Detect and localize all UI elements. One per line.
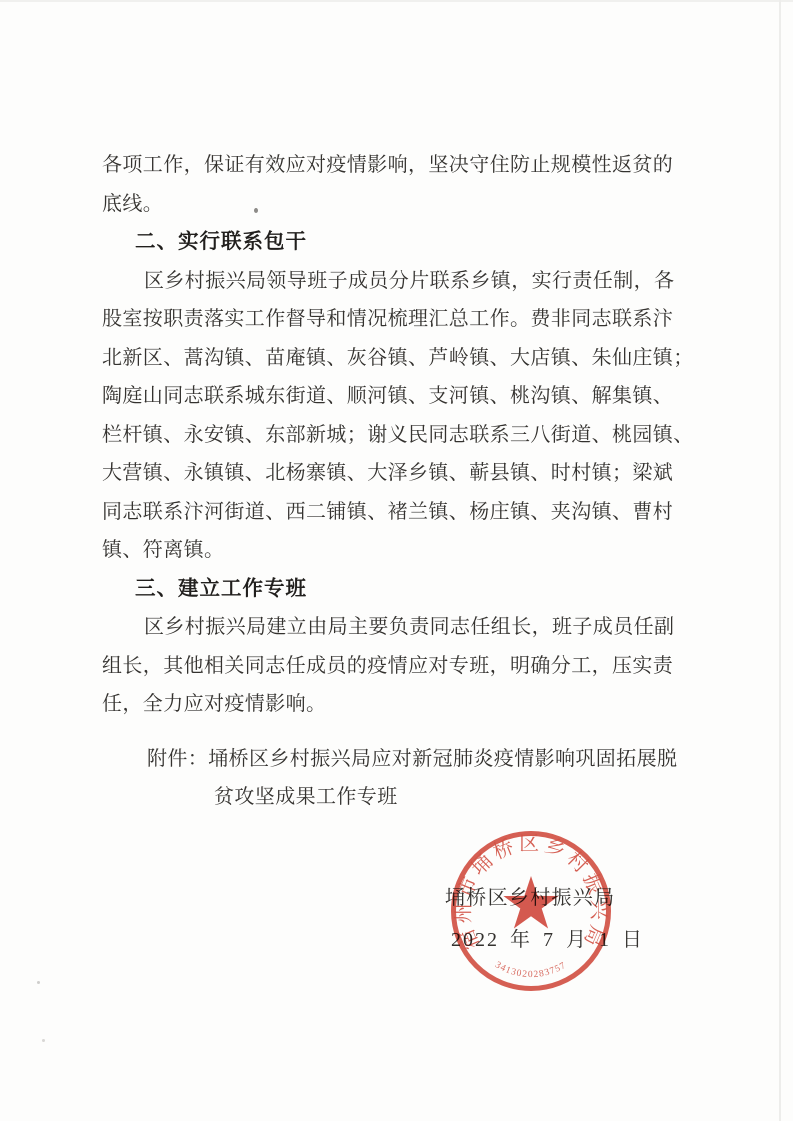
document-line: 组长，其他相关同志任成员的疫情应对专班，明确分工，压实责 — [102, 647, 694, 686]
scan-speck — [42, 1039, 45, 1042]
document-line: 股室按职责落实工作督导和情况梳理汇总工作。费非同志联系汴 — [102, 300, 694, 339]
document-page: 各项工作，保证有效应对疫情影响，坚决守住防止规模性返贫的底线。二、实行联系包干区… — [0, 0, 793, 1121]
document-line: 各项工作，保证有效应对疫情影响，坚决守住防止规模性返贫的 — [102, 146, 694, 185]
document-line: 底线。 — [102, 185, 694, 224]
scan-edge-right — [779, 0, 781, 1121]
document-line: 同志联系汴河街道、西二铺镇、褚兰镇、杨庄镇、夹沟镇、曹村 — [102, 493, 694, 532]
document-lines: 各项工作，保证有效应对疫情影响，坚决守住防止规模性返贫的底线。二、实行联系包干区… — [102, 146, 694, 817]
document-line: 三、建立工作专班 — [102, 570, 694, 609]
scan-speck — [37, 981, 40, 984]
document-line: 大营镇、永镇镇、北杨寨镇、大泽乡镇、蕲县镇、时村镇；梁斌 — [102, 454, 694, 493]
document-line: 镇、符离镇。 — [102, 531, 694, 570]
scan-speck — [254, 208, 258, 213]
official-seal: 宿州市埇桥区乡村振兴局 3413020283757 — [440, 820, 622, 1002]
document-line: 区乡村振兴局领导班子成员分片联系乡镇，实行责任制，各 — [102, 262, 694, 301]
document-line: 任，全力应对疫情影响。 — [102, 685, 694, 724]
document-line: 北新区、蒿沟镇、苗庵镇、灰谷镇、芦岭镇、大店镇、朱仙庄镇； — [102, 339, 694, 378]
document-line: 二、实行联系包干 — [102, 223, 694, 262]
document-line: 贫攻坚成果工作专班 — [102, 778, 694, 817]
document-line: 附件：埇桥区乡村振兴局应对新冠肺炎疫情影响巩固拓展脱 — [102, 740, 694, 779]
document-line: 栏杆镇、永安镇、东部新城；谢义民同志联系三八街道、桃园镇、 — [102, 416, 694, 455]
seal-star-icon — [503, 876, 558, 929]
document-line: 区乡村振兴局建立由局主要负责同志任组长，班子成员任副 — [102, 608, 694, 647]
seal-code: 3413020283757 — [493, 960, 568, 980]
scan-edge-top — [0, 0, 793, 2]
document-line: 陶庭山同志联系城东街道、顺河镇、支河镇、桃沟镇、解集镇、 — [102, 377, 694, 416]
